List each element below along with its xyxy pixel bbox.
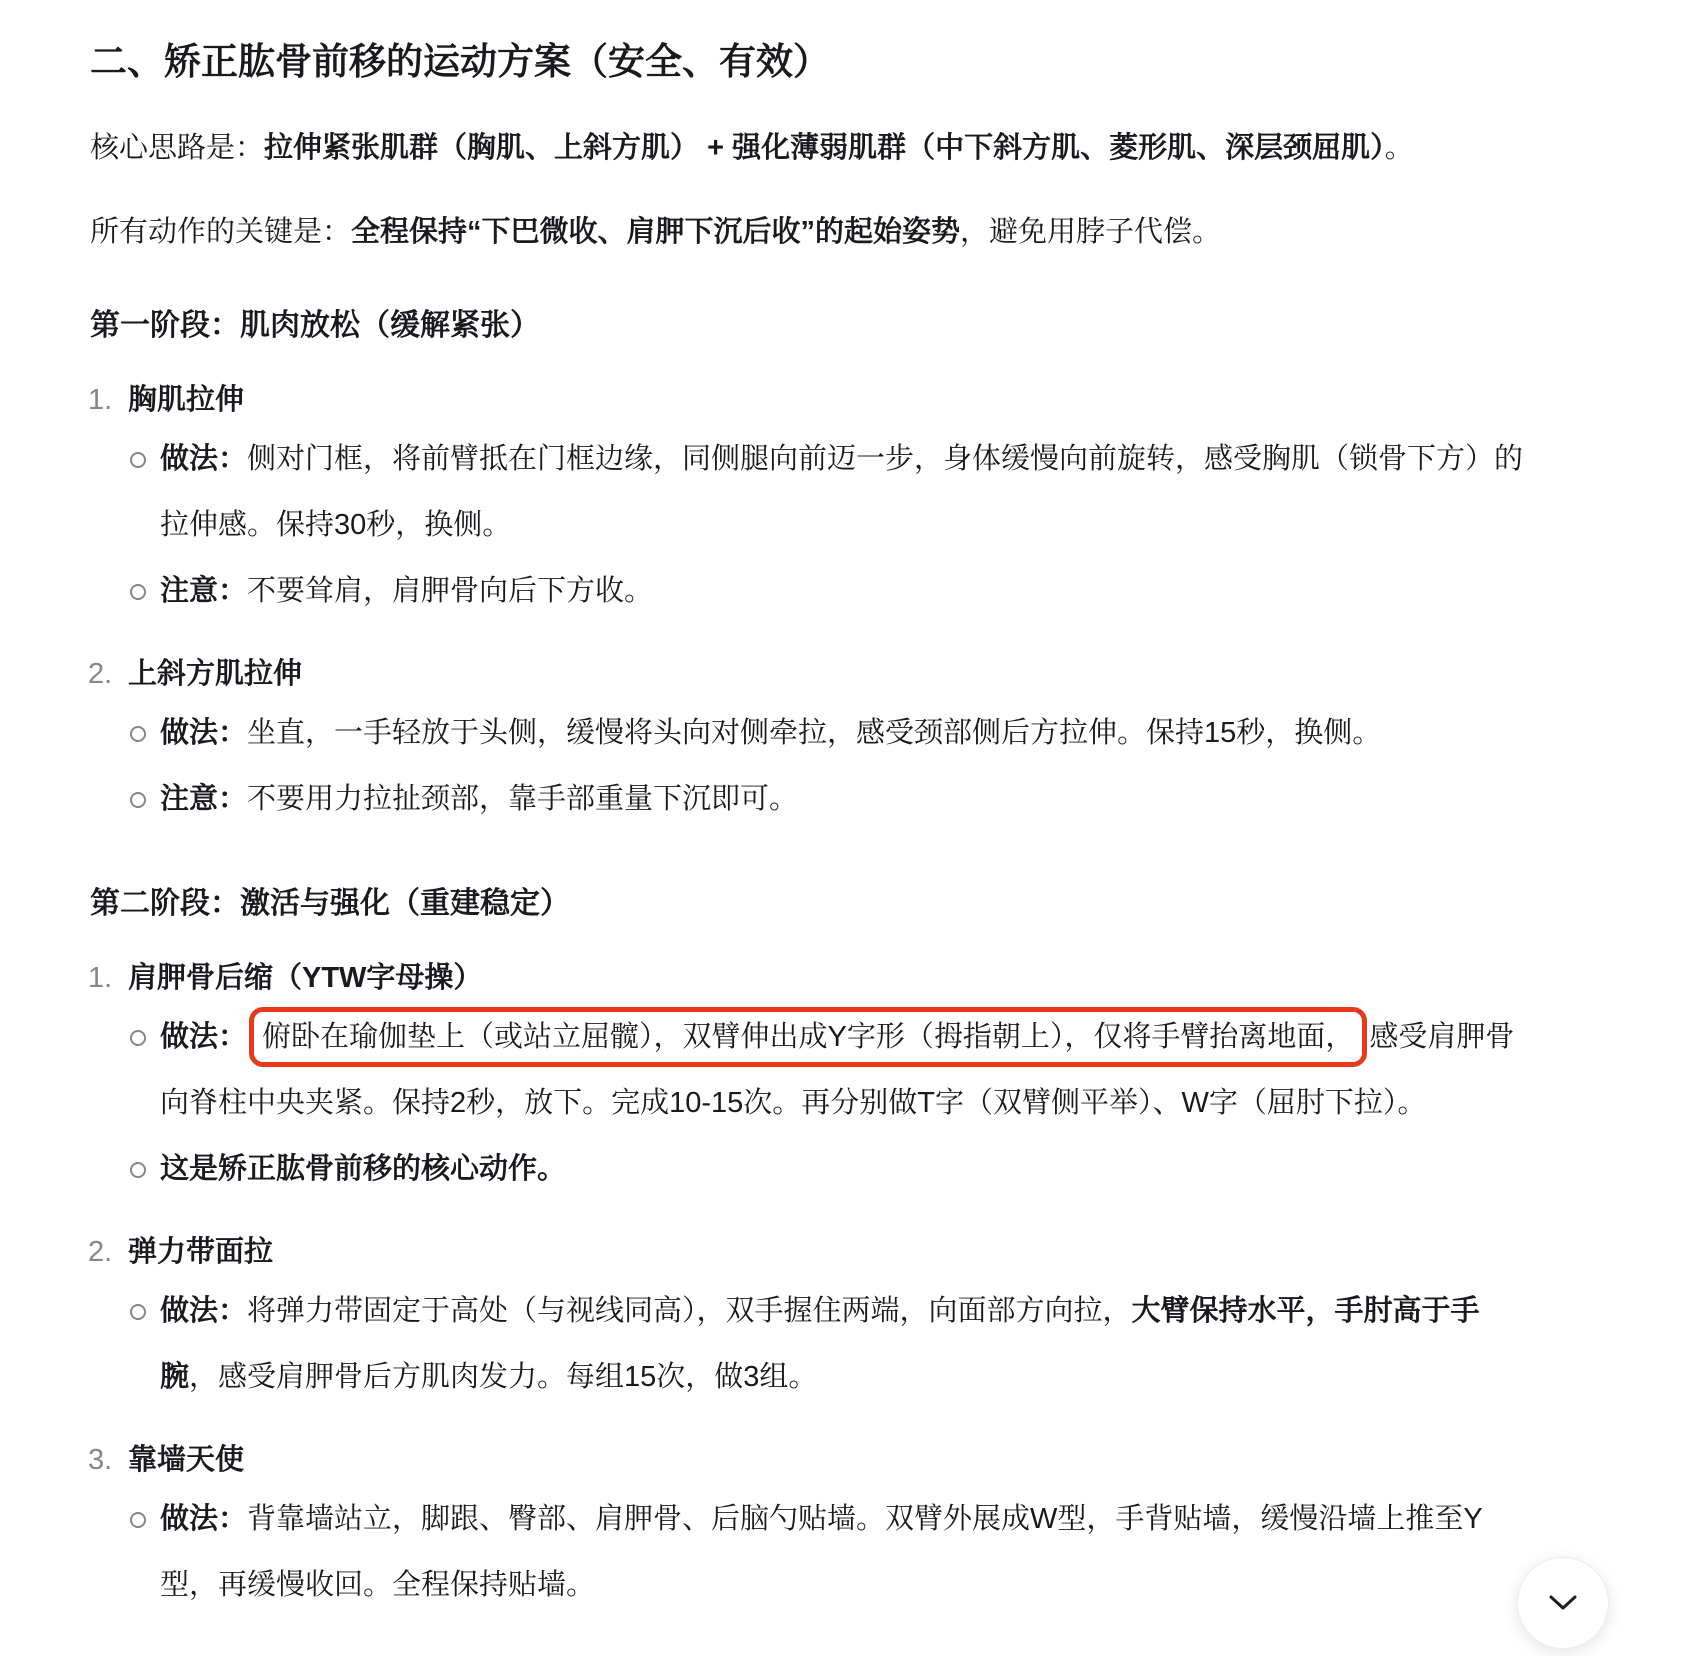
scroll-to-bottom-button[interactable] — [1517, 1557, 1609, 1649]
exercise-title: 肩胛骨后缩（YTW字母操） — [128, 958, 1526, 998]
document-body: 二、矫正肱骨前移的运动方案（安全、有效） 核心思路是：拉伸紧张肌群（胸肌、上斜方… — [0, 0, 1696, 1618]
page-title: 二、矫正肱骨前移的运动方案（安全、有效） — [90, 38, 1526, 86]
detail-label: 注意： — [160, 783, 247, 815]
detail-emphasis: 这是矫正肱骨前移的核心动作。 — [160, 1153, 566, 1185]
bullet-marker-icon — [130, 1162, 146, 1178]
detail-item: 做法：将弹力带固定于高处（与视线同高），双手握住两端，向面部方向拉，大臂保持水平… — [128, 1278, 1526, 1410]
bullet-marker-icon — [130, 792, 146, 808]
intro-core-bold: 拉伸紧张肌群（胸肌、上斜方肌） + 强化薄弱肌群（中下斜方肌、菱形肌、深层颈屈肌… — [264, 132, 1385, 164]
detail-item: 做法：俯卧在瑜伽垫上（或站立屈髋），双臂伸出成Y字形（拇指朝上），仅将手臂抬离地… — [128, 1004, 1526, 1136]
exercise-title: 弹力带面拉 — [128, 1232, 1526, 1272]
exercise-details: 做法：将弹力带固定于高处（与视线同高），双手握住两端，向面部方向拉，大臂保持水平… — [128, 1278, 1526, 1410]
list-item: 3. 靠墙天使 做法：背靠墙站立，脚跟、臀部、肩胛骨、后脑勺贴墙。双臂外展成W型… — [90, 1440, 1526, 1618]
detail-text: 将弹力带固定于高处（与视线同高），双手握住两端，向面部方向拉， — [247, 1295, 1132, 1327]
detail-label: 做法： — [160, 717, 247, 749]
stage2-list: 1. 肩胛骨后缩（YTW字母操） 做法：俯卧在瑜伽垫上（或站立屈髋），双臂伸出成… — [90, 958, 1526, 1618]
detail-item: 注意：不要用力拉扯颈部，靠手部重量下沉即可。 — [128, 766, 1526, 832]
exercise-details: 做法：俯卧在瑜伽垫上（或站立屈髋），双臂伸出成Y字形（拇指朝上），仅将手臂抬离地… — [128, 1004, 1526, 1202]
bullet-marker-icon — [130, 1512, 146, 1528]
detail-label: 注意： — [160, 575, 247, 607]
exercise-details: 做法：背靠墙站立，脚跟、臀部、肩胛骨、后脑勺贴墙。双臂外展成W型，手背贴墙，缓慢… — [128, 1486, 1526, 1618]
bullet-marker-icon — [130, 452, 146, 468]
list-item: 2. 上斜方肌拉伸 做法：坐直，一手轻放于头侧，缓慢将头向对侧牵拉，感受颈部侧后… — [90, 654, 1526, 832]
intro-core-suffix: 。 — [1385, 132, 1414, 164]
detail-text: 不要耸肩，肩胛骨向后下方收。 — [247, 575, 653, 607]
list-number: 2. — [88, 654, 112, 694]
list-number: 3. — [88, 1440, 112, 1480]
exercise-details: 做法：侧对门框，将前臂抵在门框边缘，同侧腿向前迈一步，身体缓慢向前旋转，感受胸肌… — [128, 426, 1526, 624]
intro-core-prefix: 核心思路是： — [90, 132, 264, 164]
bullet-marker-icon — [130, 1030, 146, 1046]
intro-key-prefix: 所有动作的关键是： — [90, 216, 351, 248]
detail-label: 做法： — [160, 1021, 247, 1053]
stage1-heading: 第一阶段：肌肉放松（缓解紧张） — [90, 306, 1526, 346]
stage1-list: 1. 胸肌拉伸 做法：侧对门框，将前臂抵在门框边缘，同侧腿向前迈一步，身体缓慢向… — [90, 380, 1526, 832]
list-item: 1. 胸肌拉伸 做法：侧对门框，将前臂抵在门框边缘，同侧腿向前迈一步，身体缓慢向… — [90, 380, 1526, 624]
detail-text: 不要用力拉扯颈部，靠手部重量下沉即可。 — [247, 783, 798, 815]
detail-label: 做法： — [160, 443, 247, 475]
list-item: 1. 肩胛骨后缩（YTW字母操） 做法：俯卧在瑜伽垫上（或站立屈髋），双臂伸出成… — [90, 958, 1526, 1202]
exercise-title: 上斜方肌拉伸 — [128, 654, 1526, 694]
list-number: 1. — [88, 380, 112, 420]
list-item: 2. 弹力带面拉 做法：将弹力带固定于高处（与视线同高），双手握住两端，向面部方… — [90, 1232, 1526, 1410]
chevron-down-icon — [1548, 1594, 1578, 1612]
intro-key-point: 所有动作的关键是：全程保持“下巴微收、肩胛下沉后收”的起始姿势，避免用脖子代偿。 — [90, 210, 1526, 254]
detail-label: 做法： — [160, 1503, 247, 1535]
bullet-marker-icon — [130, 584, 146, 600]
detail-item: 做法：侧对门框，将前臂抵在门框边缘，同侧腿向前迈一步，身体缓慢向前旋转，感受胸肌… — [128, 426, 1526, 558]
intro-core-idea: 核心思路是：拉伸紧张肌群（胸肌、上斜方肌） + 强化薄弱肌群（中下斜方肌、菱形肌… — [90, 126, 1526, 170]
detail-text: ，感受肩胛骨后方肌肉发力。每组15次，做3组。 — [189, 1361, 817, 1393]
bullet-marker-icon — [130, 1304, 146, 1320]
list-number: 1. — [88, 958, 112, 998]
detail-item: 做法：背靠墙站立，脚跟、臀部、肩胛骨、后脑勺贴墙。双臂外展成W型，手背贴墙，缓慢… — [128, 1486, 1526, 1618]
detail-item: 这是矫正肱骨前移的核心动作。 — [128, 1136, 1526, 1202]
intro-key-suffix: ，避免用脖子代偿。 — [960, 216, 1221, 248]
detail-text: 背靠墙站立，脚跟、臀部、肩胛骨、后脑勺贴墙。双臂外展成W型，手背贴墙，缓慢沿墙上… — [160, 1503, 1483, 1601]
stage2-heading: 第二阶段：激活与强化（重建稳定） — [90, 884, 1526, 924]
intro-key-bold: 全程保持“下巴微收、肩胛下沉后收”的起始姿势 — [351, 216, 960, 248]
list-number: 2. — [88, 1232, 112, 1272]
exercise-title: 靠墙天使 — [128, 1440, 1526, 1480]
exercise-details: 做法：坐直，一手轻放于头侧，缓慢将头向对侧牵拉，感受颈部侧后方拉伸。保持15秒，… — [128, 700, 1526, 832]
detail-item: 做法：坐直，一手轻放于头侧，缓慢将头向对侧牵拉，感受颈部侧后方拉伸。保持15秒，… — [128, 700, 1526, 766]
exercise-title: 胸肌拉伸 — [128, 380, 1526, 420]
detail-item: 注意：不要耸肩，肩胛骨向后下方收。 — [128, 558, 1526, 624]
bullet-marker-icon — [130, 726, 146, 742]
detail-text: 坐直，一手轻放于头侧，缓慢将头向对侧牵拉，感受颈部侧后方拉伸。保持15秒，换侧。 — [247, 717, 1381, 749]
detail-text: 侧对门框，将前臂抵在门框边缘，同侧腿向前迈一步，身体缓慢向前旋转，感受胸肌（锁骨… — [160, 443, 1523, 541]
red-highlight-box: 俯卧在瑜伽垫上（或站立屈髋），双臂伸出成Y字形（拇指朝上），仅将手臂抬离地面， — [249, 1007, 1367, 1067]
detail-label: 做法： — [160, 1295, 247, 1327]
